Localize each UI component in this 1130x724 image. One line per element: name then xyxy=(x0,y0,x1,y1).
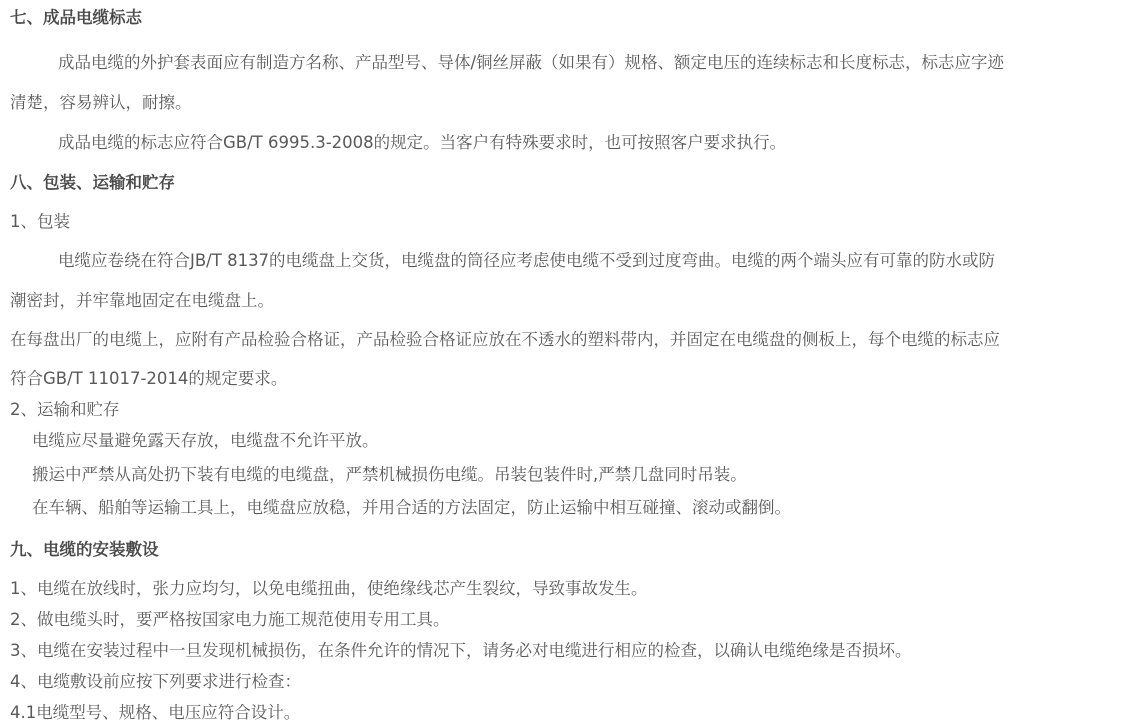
section-9-item-3: 3、电缆在安装过程中一旦发现机械损伤，在条件允许的情况下，请务必对电缆进行相应的… xyxy=(10,640,912,662)
section-8-sub-1-paragraph-2-line-1: 在每盘出厂的电缆上，应附有产品检验合格证，产品检验合格证应放在不透水的塑料带内，… xyxy=(10,329,1000,351)
section-8-sub-2-item-1: 电缆应尽量避免露天存放，电缆盘不允许平放。 xyxy=(32,430,379,452)
section-7-paragraph-1-line-1: 成品电缆的外护套表面应有制造方名称、产品型号、导体/铜丝屏蔽（如果有）规格、额定… xyxy=(58,52,1004,74)
section-8-sub-2-item-2: 搬运中严禁从高处扔下装有电缆的电缆盘，严禁机械损伤电缆。吊装包装件时,严禁几盘同… xyxy=(32,464,747,486)
section-9-item-1: 1、电缆在放线时，张力应均匀，以免电缆扭曲，使绝缘线芯产生裂纹，导致事故发生。 xyxy=(10,578,648,600)
section-7-paragraph-1-line-2: 清楚，容易辨认，耐擦。 xyxy=(10,92,192,114)
section-8-sub-1-paragraph-1-line-2: 潮密封，并牢靠地固定在电缆盘上。 xyxy=(10,290,274,312)
section-8-sub-1-title: 1、包装 xyxy=(10,211,70,233)
section-8-heading: 八、包装、运输和贮存 xyxy=(10,172,175,194)
section-7-heading: 七、成品电缆标志 xyxy=(10,7,142,29)
section-8-sub-1-paragraph-2-line-2: 符合GB/T 11017-2014的规定要求。 xyxy=(10,368,287,390)
section-7-paragraph-2: 成品电缆的标志应符合GB/T 6995.3-2008的规定。当客户有特殊要求时，… xyxy=(58,132,786,154)
section-8-sub-2-item-3: 在车辆、船舶等运输工具上，电缆盘应放稳，并用合适的方法固定，防止运输中相互碰撞、… xyxy=(32,497,791,519)
section-9-item-4: 4、电缆敷设前应按下列要求进行检查： xyxy=(10,671,301,693)
section-9-item-2: 2、做电缆头时，要严格按国家电力施工规范使用专用工具。 xyxy=(10,609,450,631)
section-9-item-4-1: 4.1电缆型号、规格、电压应符合设计。 xyxy=(10,702,300,724)
document-body: 七、成品电缆标志 成品电缆的外护套表面应有制造方名称、产品型号、导体/铜丝屏蔽（… xyxy=(0,0,1130,724)
section-8-sub-1-paragraph-1-line-1: 电缆应卷绕在符合JB/T 8137的电缆盘上交货，电缆盘的筒径应考虑使电缆不受到… xyxy=(58,250,995,272)
section-9-heading: 九、电缆的安装敷设 xyxy=(10,539,159,561)
section-8-sub-2-title: 2、运输和贮存 xyxy=(10,399,120,421)
